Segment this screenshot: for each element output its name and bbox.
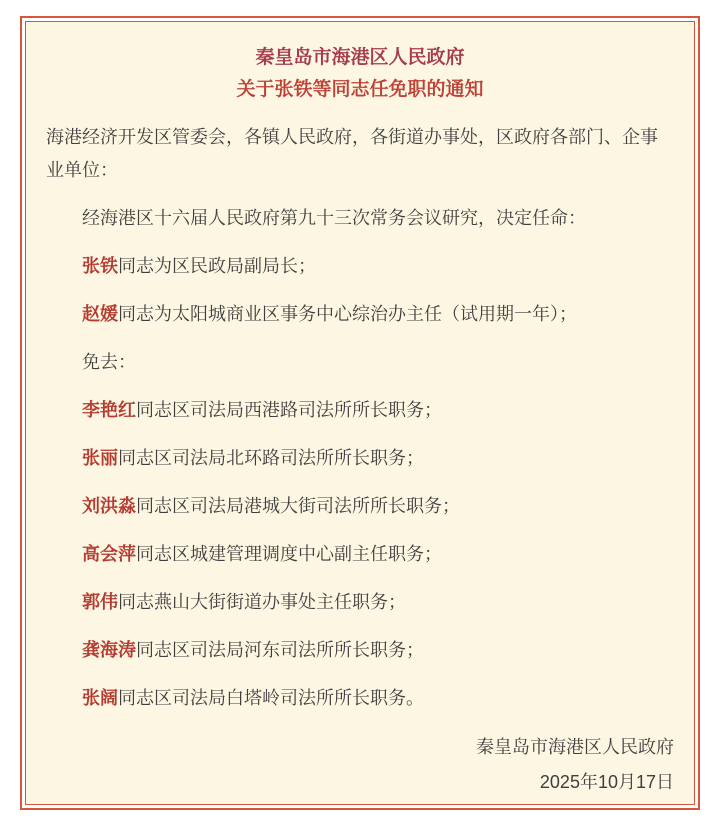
removal-text: 同志区司法局港城大街司法所所长职务； [136, 496, 460, 516]
signature-date: 2025年10月17日 [46, 765, 674, 800]
notice-paper: 秦皇岛市海港区人民政府 关于张铁等同志任免职的通知 海港经济开发区管委会，各镇人… [25, 21, 695, 805]
removal-heading: 免去： [46, 346, 674, 379]
removal-item: 刘洪淼同志区司法局港城大街司法所所长职务； [46, 490, 674, 523]
outer-border-frame: 秦皇岛市海港区人民政府 关于张铁等同志任免职的通知 海港经济开发区管委会，各镇人… [20, 16, 700, 810]
document-page: 秦皇岛市海港区人民政府 关于张铁等同志任免职的通知 海港经济开发区管委会，各镇人… [0, 0, 718, 830]
person-name: 张铁 [82, 256, 118, 276]
removal-item: 郭伟同志燕山大街街道办事处主任职务； [46, 586, 674, 619]
appointment-text: 同志为区民政局副局长； [118, 256, 316, 276]
removal-item: 张阔同志区司法局白塔岭司法所所长职务。 [46, 682, 674, 715]
removal-item: 高会萍同志区城建管理调度中心副主任职务； [46, 538, 674, 571]
appointment-item: 张铁同志为区民政局副局长； [46, 250, 674, 283]
person-name: 高会萍 [82, 544, 136, 564]
removal-text: 同志燕山大街街道办事处主任职务； [118, 592, 406, 612]
notice-title: 秦皇岛市海港区人民政府 [46, 42, 674, 74]
removal-item: 龚海涛同志区司法局河东司法所所长职务； [46, 634, 674, 667]
removal-text: 同志区司法局西港路司法所所长职务； [136, 400, 442, 420]
person-name: 赵媛 [82, 304, 118, 324]
removal-text: 同志区城建管理调度中心副主任职务； [136, 544, 442, 564]
removal-item: 张丽同志区司法局北环路司法所所长职务； [46, 442, 674, 475]
signature-issuer: 秦皇岛市海港区人民政府 [46, 730, 674, 765]
signature-block: 秦皇岛市海港区人民政府 2025年10月17日 [46, 730, 674, 800]
removal-text: 同志区司法局河东司法所所长职务； [136, 640, 424, 660]
removal-item: 李艳红同志区司法局西港路司法所所长职务； [46, 394, 674, 427]
notice-subtitle: 关于张铁等同志任免职的通知 [46, 74, 674, 106]
person-name: 张阔 [82, 688, 118, 708]
removal-text: 同志区司法局白塔岭司法所所长职务。 [118, 688, 424, 708]
salutation: 海港经济开发区管委会，各镇人民政府，各街道办事处，区政府各部门、企事业单位： [46, 121, 674, 187]
appointment-item: 赵媛同志为太阳城商业区事务中心综治办主任（试用期一年）； [46, 298, 674, 331]
person-name: 龚海涛 [82, 640, 136, 660]
removal-text: 同志区司法局北环路司法所所长职务； [118, 448, 424, 468]
intro-paragraph: 经海港区十六届人民政府第九十三次常务会议研究，决定任命： [46, 202, 674, 235]
person-name: 刘洪淼 [82, 496, 136, 516]
person-name: 张丽 [82, 448, 118, 468]
person-name: 李艳红 [82, 400, 136, 420]
appointment-text: 同志为太阳城商业区事务中心综治办主任（试用期一年）； [118, 304, 577, 324]
person-name: 郭伟 [82, 592, 118, 612]
